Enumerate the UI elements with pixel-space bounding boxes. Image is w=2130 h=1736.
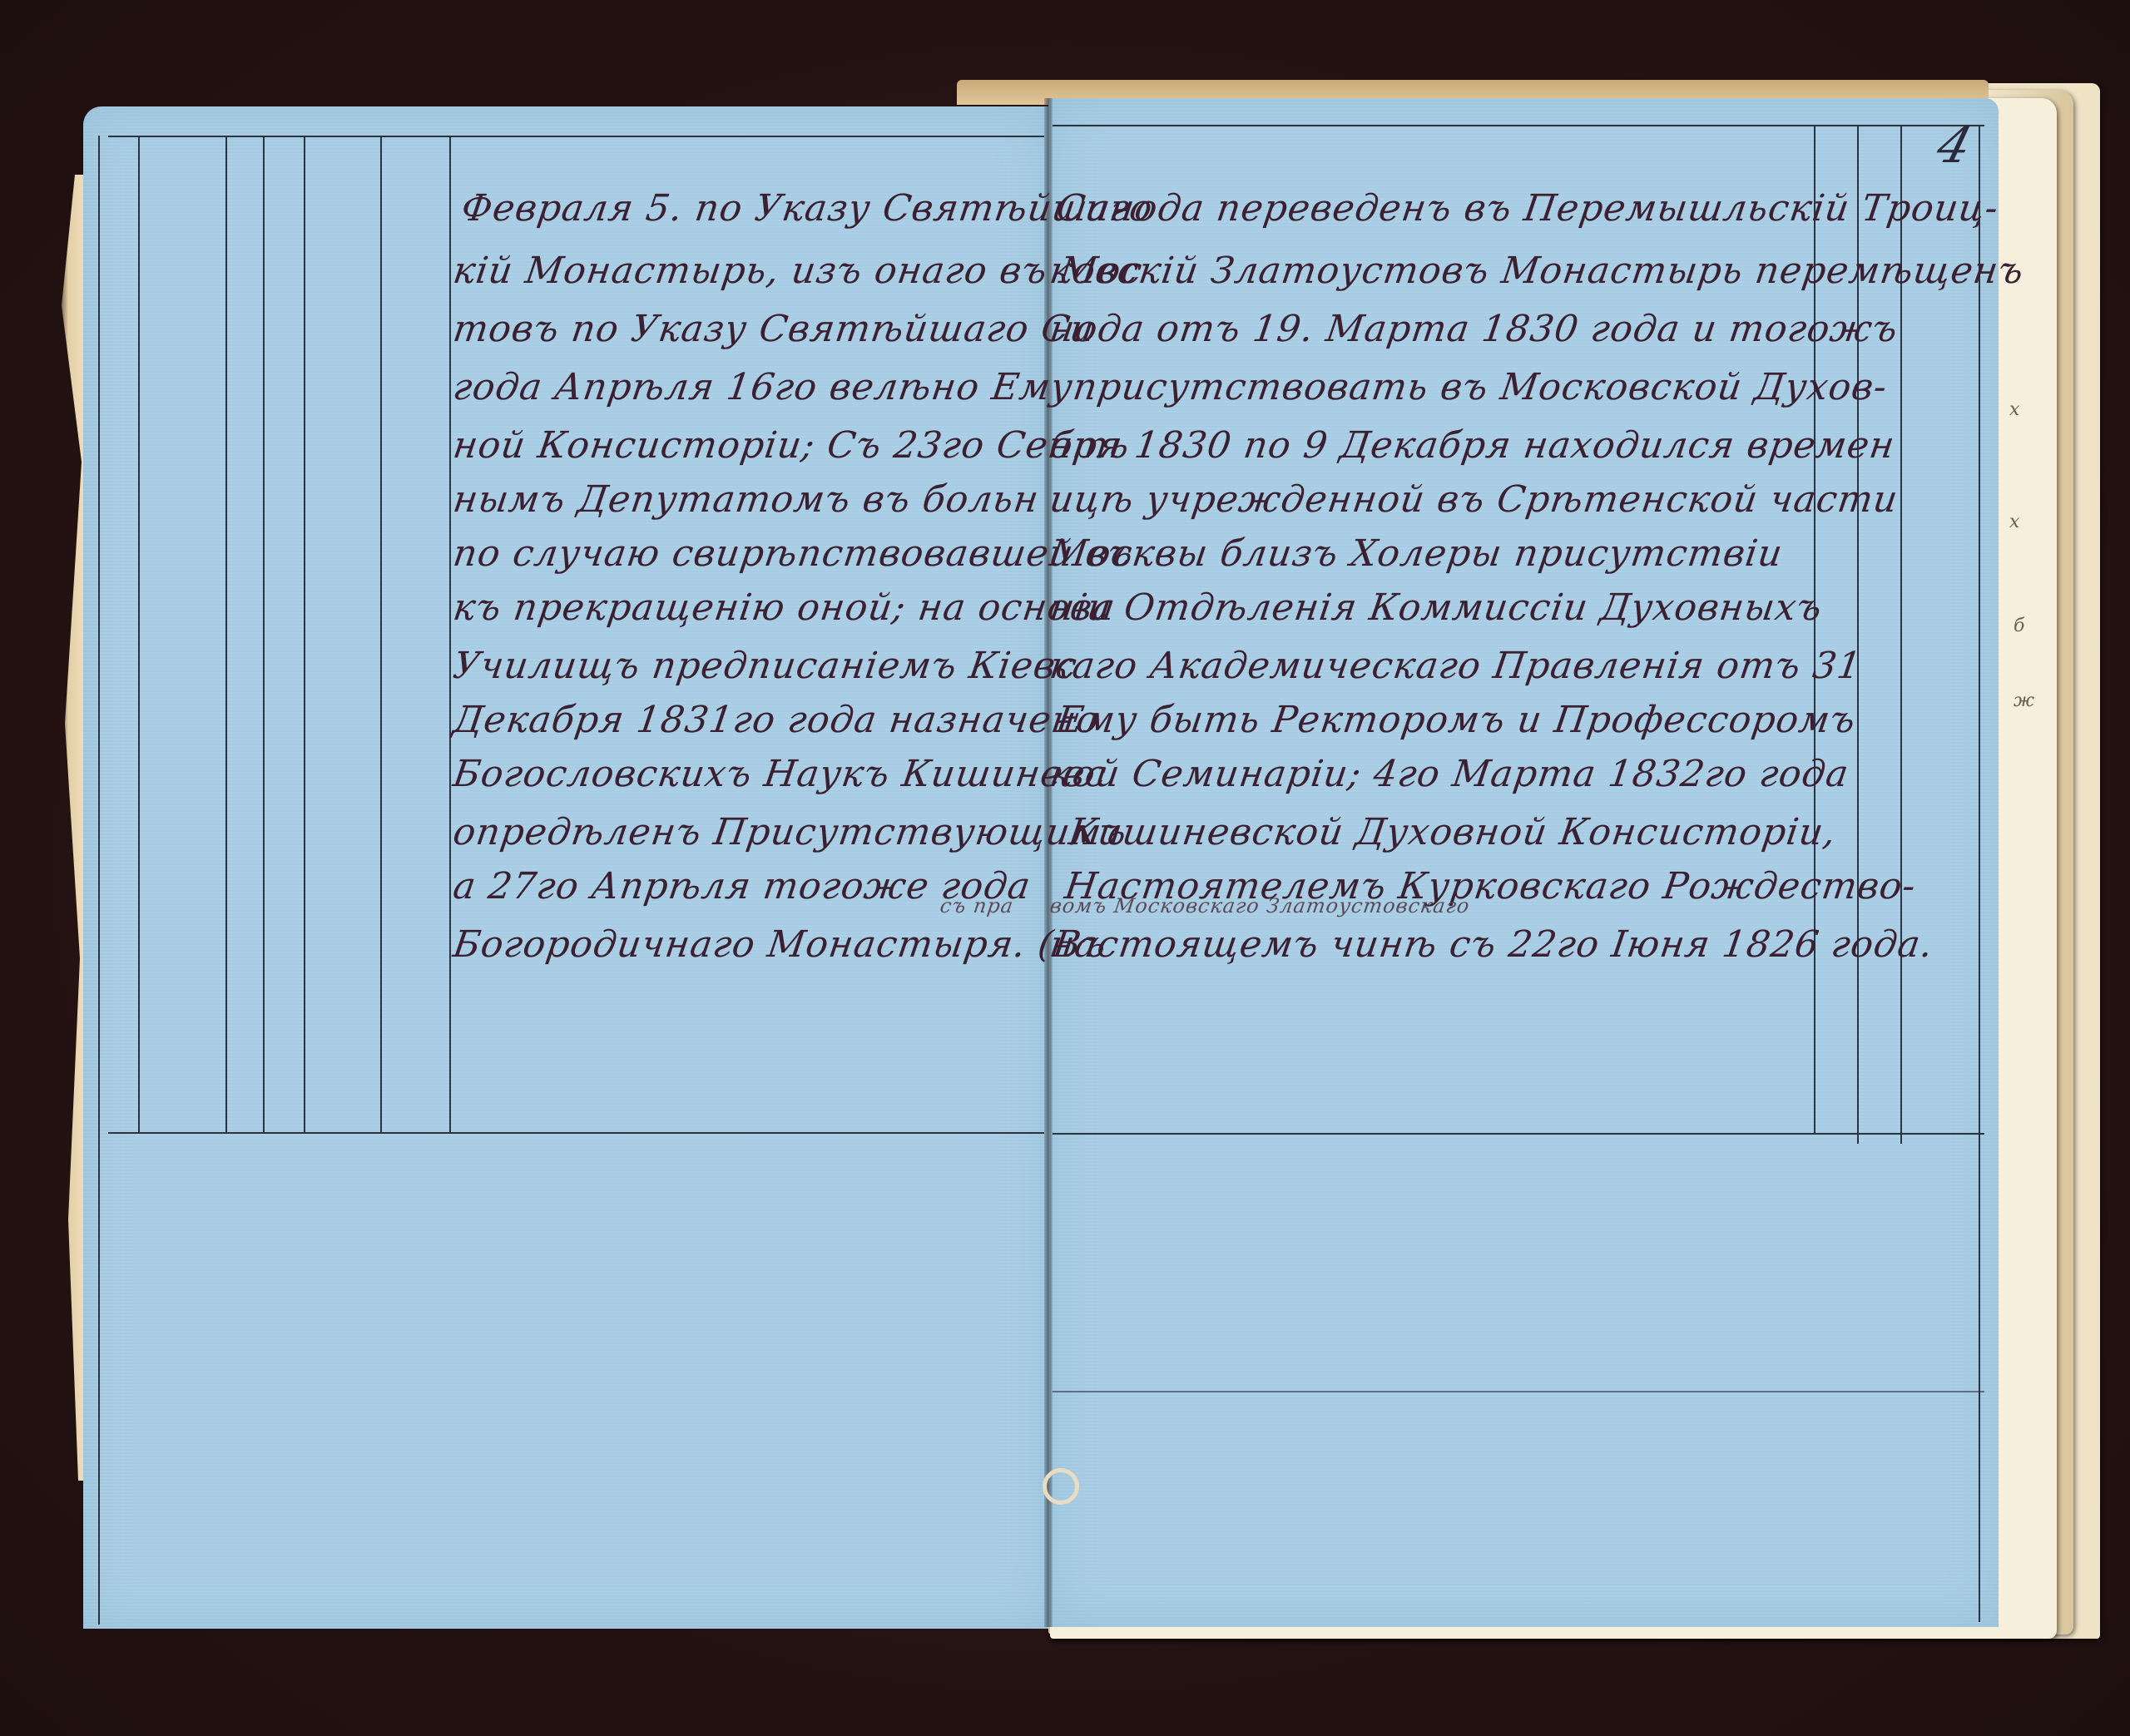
text-line: нода отъ 19. Марта 1830 года и тогожъ bbox=[1047, 308, 1900, 350]
ruled-line bbox=[1979, 125, 1980, 1622]
edge-note: ж bbox=[2014, 690, 2034, 711]
text-line: ной Консисторіи; Съ 23го Сенть bbox=[450, 424, 1132, 467]
ruled-line bbox=[263, 136, 265, 1134]
edge-note: б bbox=[2014, 616, 2024, 636]
text-line: кій Монастырь, изъ онаго въ Мос bbox=[450, 250, 1145, 292]
text-line: ицѣ учрежденной въ Срѣтенской части bbox=[1047, 478, 1900, 521]
text-line: присутствовать въ Московской Духов- bbox=[1070, 366, 1890, 408]
text-line: кой Семинаріи; 4го Марта 1832го года bbox=[1047, 753, 1851, 795]
ruled-line bbox=[108, 1132, 1044, 1134]
text-line: къ прекращенію оной; на основа bbox=[450, 586, 1118, 629]
text-line: товъ по Указу Святѣйшаго Си bbox=[450, 308, 1097, 350]
text-line: опредѣленъ Присутствующимъ bbox=[450, 811, 1129, 853]
ruled-line bbox=[98, 136, 100, 1625]
edge-note: х bbox=[2009, 512, 2019, 532]
text-line: ковскій Златоустовъ Монастырь перемѣщенъ bbox=[1047, 250, 2026, 292]
text-line: Синода переведенъ въ Перемышльскій Троиц… bbox=[1053, 187, 2001, 230]
edge-note: х bbox=[2009, 399, 2019, 420]
ruled-line bbox=[1053, 125, 1984, 126]
text-line: Богородичнаго Монастыря. (Въ bbox=[450, 923, 1109, 966]
text-line: настоящемъ чинѣ съ 22го Іюня 1826 года. bbox=[1047, 923, 1935, 966]
text-line: бря 1830 по 9 Декабря находился времен bbox=[1047, 424, 1897, 467]
text-line: Богословскихъ Наукъ Кишиневс bbox=[450, 753, 1109, 795]
binding-thread bbox=[1043, 1468, 1079, 1505]
text-line: каго Академическаго Правленія отъ 31 bbox=[1047, 645, 1864, 687]
ruled-line bbox=[304, 136, 305, 1134]
text-line: нымъ Депутатомъ въ больн bbox=[450, 478, 1042, 521]
text-line: ніи Отдѣленія Коммиссіи Духовныхъ bbox=[1047, 586, 1825, 629]
text-line: года Апрѣля 16го велѣно Ему bbox=[450, 366, 1076, 408]
ruled-line bbox=[138, 136, 140, 1134]
ruled-line bbox=[108, 136, 1044, 137]
text-line: Кишиневской Духовной Консисторіи, bbox=[1066, 811, 1839, 853]
ruled-line bbox=[380, 136, 382, 1134]
text-line: Училищъ предписаніемъ Кіевс bbox=[450, 645, 1080, 687]
interlinear-note: съ пра bbox=[939, 894, 1015, 917]
text-line: Ему быть Ректоромъ и Профессоромъ bbox=[1053, 699, 1858, 741]
text-line: по случаю свирѣпствовавшей въ bbox=[450, 532, 1136, 575]
text-line: Декабря 1831го года назначено bbox=[450, 699, 1102, 741]
text-line: Москвы близъ Холеры присутствіи bbox=[1047, 532, 1786, 575]
ruled-line bbox=[1053, 1133, 1984, 1135]
ruled-line bbox=[1053, 1391, 1984, 1392]
interlinear-note: вомъ Московскаго Златоустовскаго bbox=[1048, 894, 1471, 917]
text-line: Февраля 5. по Указу Святѣйшаго bbox=[458, 187, 1155, 230]
ruled-line bbox=[225, 136, 227, 1134]
